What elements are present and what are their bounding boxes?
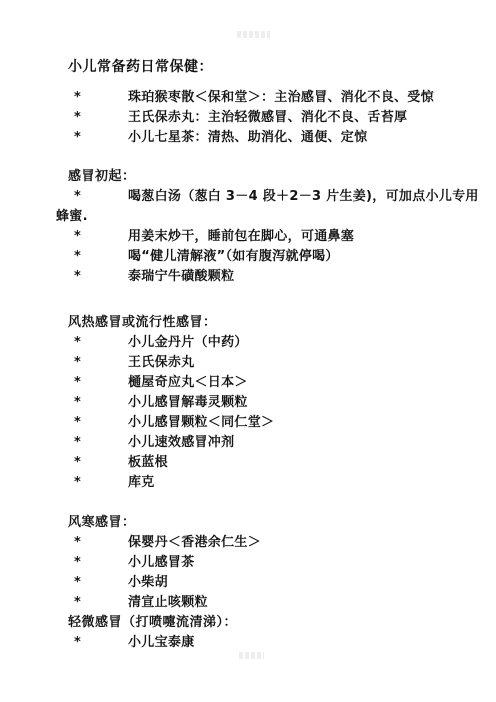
bullet-asterisk: * (68, 353, 128, 373)
bullet-asterisk: * (68, 593, 128, 613)
list-item: * 王氏保赤丸 (68, 353, 460, 373)
section-heading: 风热感冒或流行性感冒： (68, 313, 460, 333)
bullet-asterisk: * (68, 88, 128, 108)
section-mild-cold: 轻微感冒（打喷嚏流清涕）： * 小儿宝泰康 (68, 613, 460, 653)
bullet-asterisk: * (68, 413, 128, 433)
bullet-asterisk: * (68, 453, 128, 473)
bullet-asterisk: * (68, 108, 128, 128)
watermark-top (237, 31, 270, 38)
item-text: 用姜末炒干，睡前包在脚心，可通鼻塞 (128, 227, 354, 247)
document-content: 小儿常备药日常保健： * 珠珀猴枣散＜保和堂＞：主治感冒、消化不良、受惊 * 王… (68, 57, 460, 653)
section-wind-heat-flu: 风热感冒或流行性感冒： * 小儿金丹片（中药） * 王氏保赤丸 * 樋屋奇应丸＜… (68, 313, 460, 493)
bullet-asterisk: * (68, 333, 128, 353)
list-item-continuation: 蜂蜜. (56, 207, 460, 227)
item-text: 板蓝根 (128, 453, 168, 473)
section-heading: 轻微感冒（打喷嚏流清涕）： (68, 613, 460, 633)
bullet-asterisk: * (68, 267, 128, 287)
bullet-asterisk: * (68, 633, 128, 653)
item-text: 清宣止咳颗粒 (128, 593, 208, 613)
section-heading: 感冒初起： (68, 167, 460, 187)
bullet-asterisk: * (68, 373, 128, 393)
bullet-asterisk: * (68, 227, 128, 247)
item-text: 小柴胡 (128, 573, 168, 593)
section-heading: 风寒感冒： (68, 513, 460, 533)
item-text: 樋屋奇应丸＜日本＞ (128, 373, 248, 393)
section-wind-cold: 风寒感冒： * 保婴丹＜香港余仁生＞ * 小儿感冒茶 * 小柴胡 * 清宣止咳颗… (68, 513, 460, 613)
bullet-asterisk: * (68, 533, 128, 553)
bullet-asterisk: * (68, 573, 128, 593)
list-item: * 樋屋奇应丸＜日本＞ (68, 373, 460, 393)
bullet-asterisk: * (68, 473, 128, 493)
bullet-asterisk: * (68, 187, 128, 207)
list-item: * 小儿速效感冒冲剂 (68, 433, 460, 453)
item-text: 喝葱白汤（葱白 3－4 段＋2－3 片生姜)，可加点小儿专用 (128, 187, 479, 207)
section-daily-care: * 珠珀猴枣散＜保和堂＞：主治感冒、消化不良、受惊 * 王氏保赤丸：主治轻微感冒… (68, 88, 460, 148)
item-text: 保婴丹＜香港余仁生＞ (128, 533, 261, 553)
section-cold-onset: 感冒初起： * 喝葱白汤（葱白 3－4 段＋2－3 片生姜)，可加点小儿专用 蜂… (68, 167, 460, 287)
list-item: * 小儿感冒解毒灵颗粒 (68, 393, 460, 413)
list-item: * 喝“健儿清解液”（如有腹泻就停喝） (68, 247, 460, 267)
page-title: 小儿常备药日常保健： (68, 57, 460, 77)
item-text: 王氏保赤丸：主治轻微感冒、消化不良、舌苔厚 (128, 108, 407, 128)
list-item: * 泰瑞宁牛磺酸颗粒 (68, 267, 460, 287)
list-item: * 珠珀猴枣散＜保和堂＞：主治感冒、消化不良、受惊 (68, 88, 460, 108)
list-item: * 王氏保赤丸：主治轻微感冒、消化不良、舌苔厚 (68, 108, 460, 128)
list-item: * 喝葱白汤（葱白 3－4 段＋2－3 片生姜)，可加点小儿专用 (68, 187, 460, 207)
bullet-asterisk: * (68, 393, 128, 413)
bullet-asterisk: * (68, 128, 128, 148)
list-item: * 保婴丹＜香港余仁生＞ (68, 533, 460, 553)
list-item: * 板蓝根 (68, 453, 460, 473)
list-item: * 小儿金丹片（中药） (68, 333, 460, 353)
list-item: * 小儿宝泰康 (68, 633, 460, 653)
item-text: 小儿感冒解毒灵颗粒 (128, 393, 248, 413)
item-text: 喝“健儿清解液”（如有腹泻就停喝） (128, 247, 339, 267)
list-item: * 小儿感冒茶 (68, 553, 460, 573)
item-text: 小儿速效感冒冲剂 (128, 433, 234, 453)
item-text: 小儿金丹片（中药） (128, 333, 248, 353)
list-item: * 小柴胡 (68, 573, 460, 593)
item-text: 王氏保赤丸 (128, 353, 195, 373)
item-text: 小儿宝泰康 (128, 633, 195, 653)
watermark-bottom (239, 652, 264, 659)
list-item: * 小儿七星茶：清热、助消化、通便、定惊 (68, 128, 460, 148)
item-text: 珠珀猴枣散＜保和堂＞：主治感冒、消化不良、受惊 (128, 88, 434, 108)
bullet-asterisk: * (68, 433, 128, 453)
bullet-asterisk: * (68, 247, 128, 267)
item-text: 泰瑞宁牛磺酸颗粒 (128, 267, 234, 287)
item-text: 小儿感冒颗粒＜同仁堂＞ (128, 413, 274, 433)
list-item: * 小儿感冒颗粒＜同仁堂＞ (68, 413, 460, 433)
item-text: 小儿感冒茶 (128, 553, 195, 573)
document-page: 小儿常备药日常保健： * 珠珀猴枣散＜保和堂＞：主治感冒、消化不良、受惊 * 王… (0, 0, 496, 702)
item-text: 库克 (128, 473, 155, 493)
list-item: * 清宣止咳颗粒 (68, 593, 460, 613)
list-item: * 用姜末炒干，睡前包在脚心，可通鼻塞 (68, 227, 460, 247)
list-item: * 库克 (68, 473, 460, 493)
bullet-asterisk: * (68, 553, 128, 573)
item-text: 小儿七星茶：清热、助消化、通便、定惊 (128, 128, 367, 148)
item-text: 蜂蜜. (56, 207, 88, 227)
